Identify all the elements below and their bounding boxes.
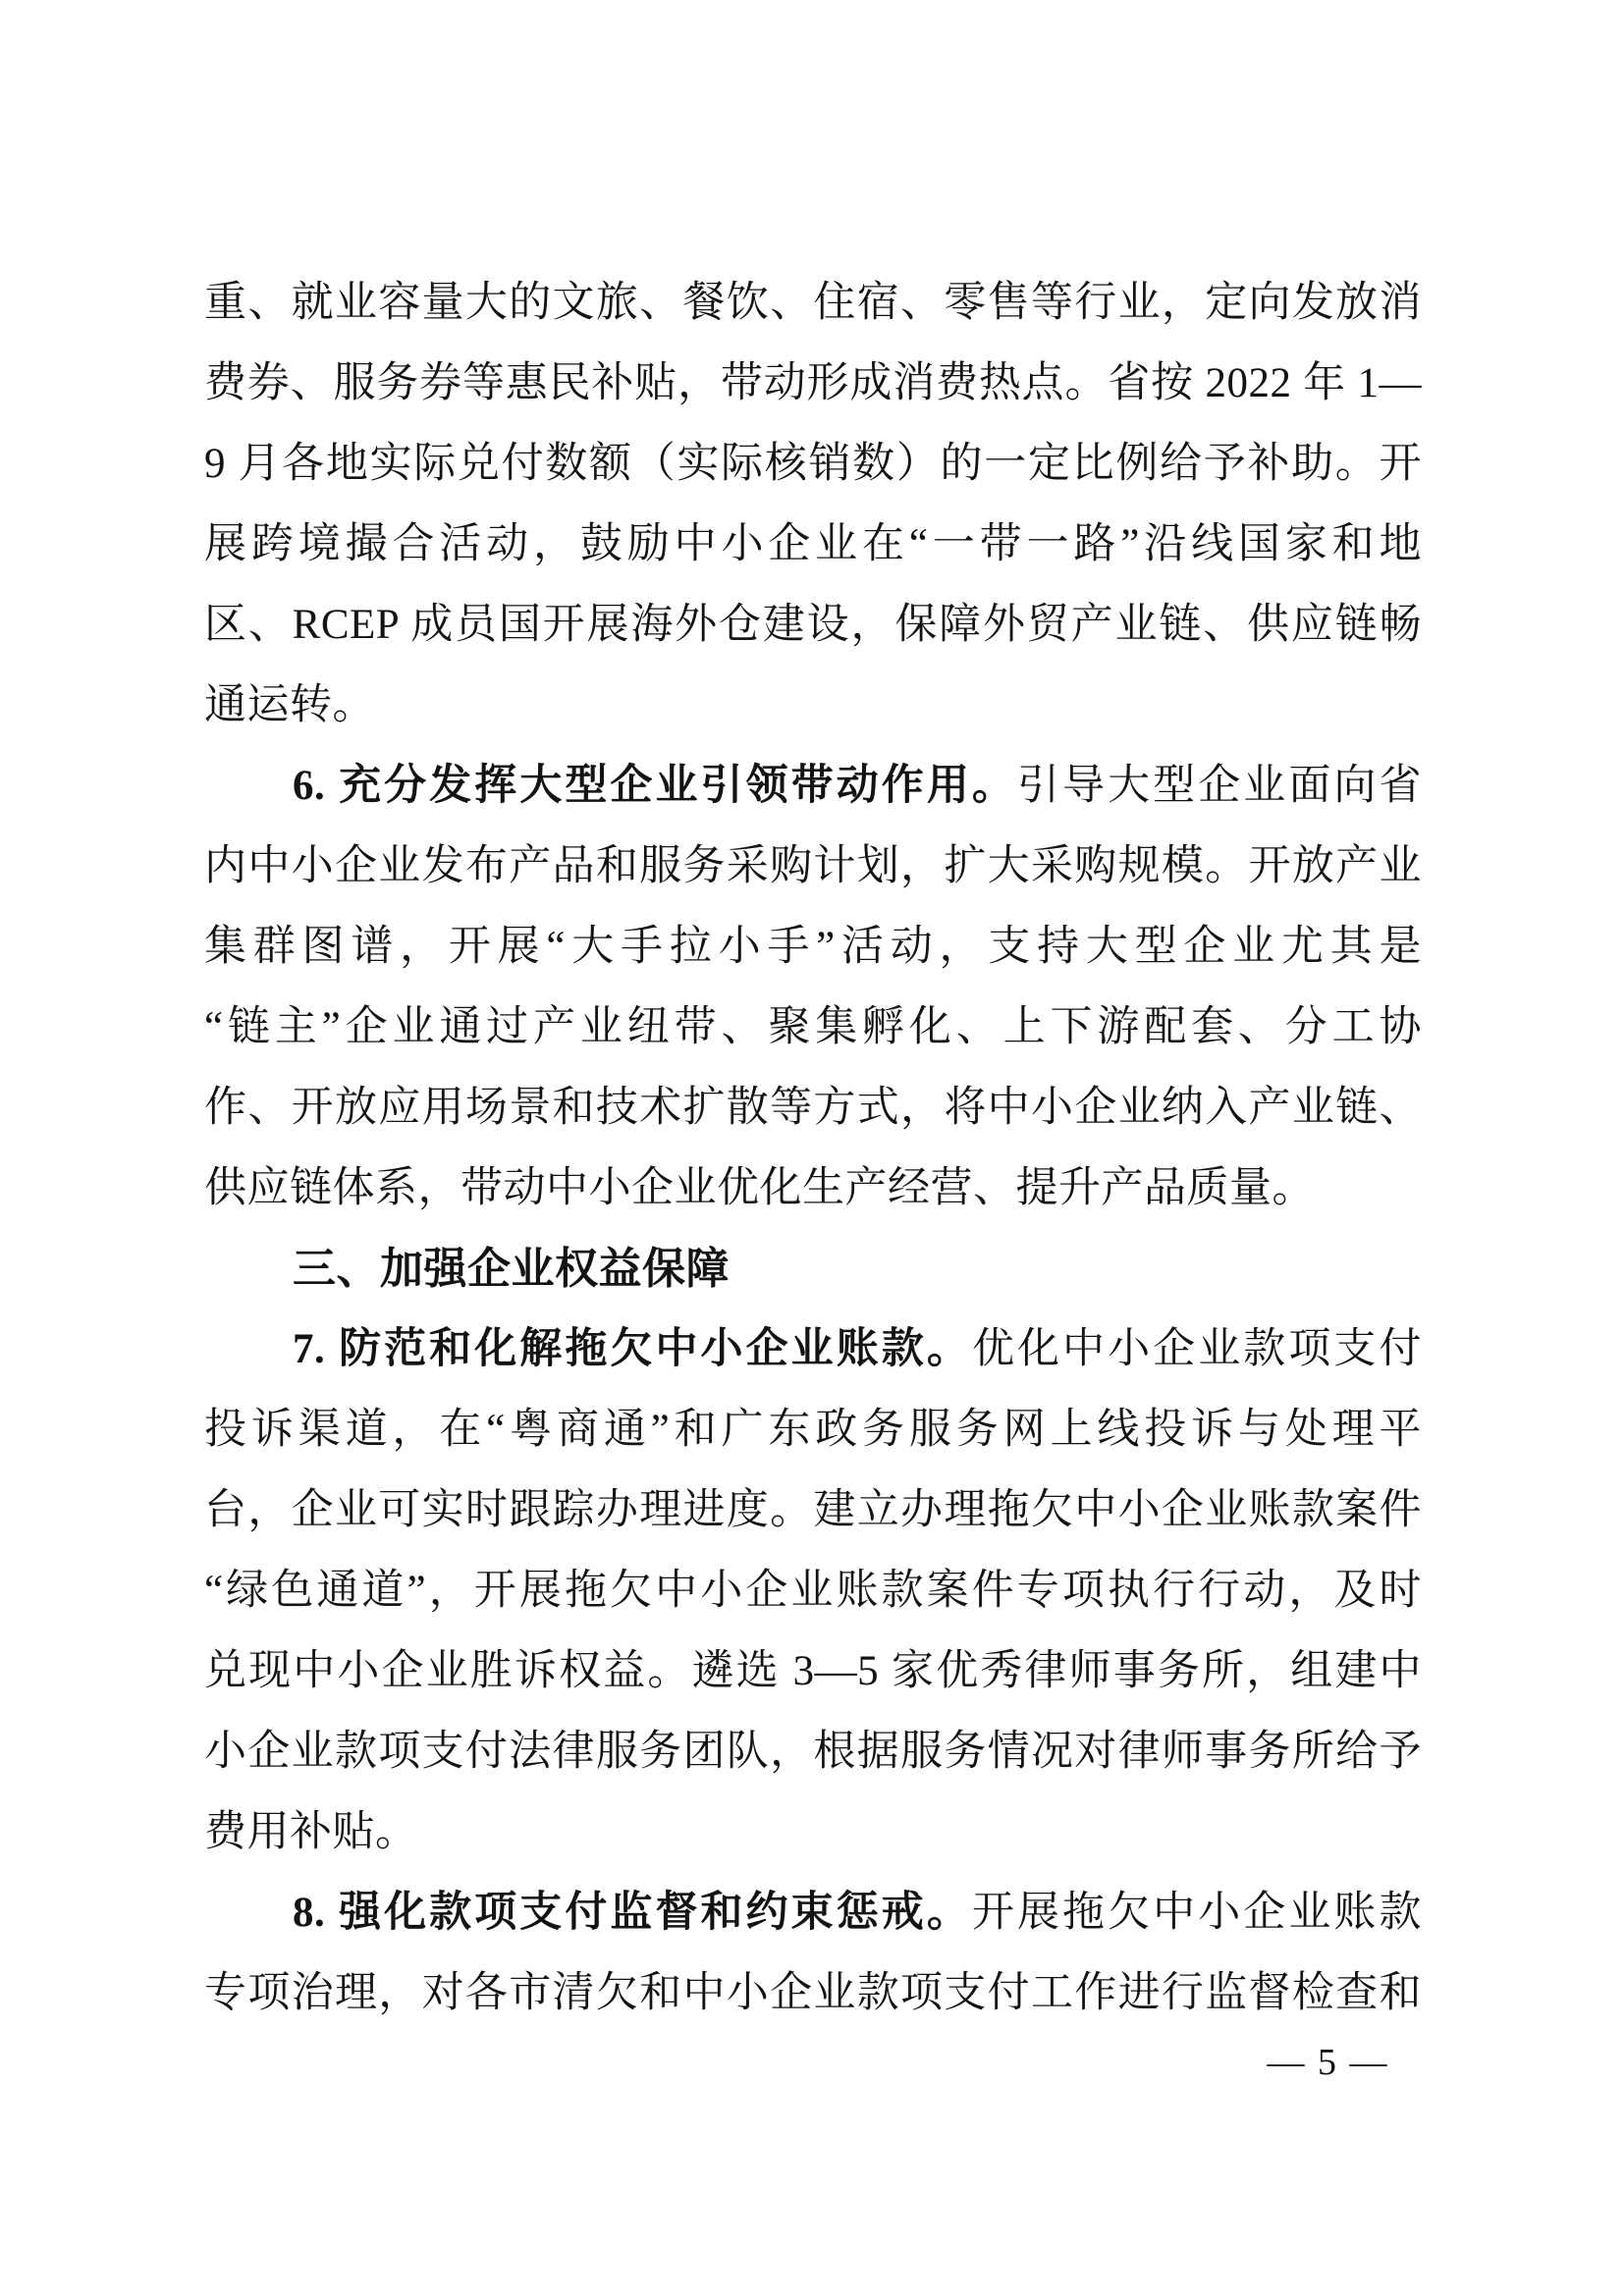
document-text-block: 重、就业容量大的文旅、餐饮、住宿、零售等行业，定向发放消费券、服务券等惠民补贴，…: [204, 263, 1422, 2034]
text-run: 作、开放应用场景和技术扩散等方式，将中小企业纳入产业链、: [204, 1085, 1422, 1131]
section-heading: 三、加强企业权益保障: [204, 1229, 1422, 1309]
text-line: 费券、服务券等惠民补贴，带动形成消费热点。省按 2022 年 1—: [204, 344, 1422, 424]
bold-text-run: 8. 强化款项支付监督和约束惩戒。: [293, 1890, 972, 1936]
text-line: 通运转。: [204, 666, 1422, 746]
text-line: “绿色通道”，开展拖欠中小企业账款案件专项执行行动，及时: [204, 1551, 1422, 1631]
text-line: 区、RCEP 成员国开展海外仓建设，保障外贸产业链、供应链畅: [204, 585, 1422, 666]
text-run: 开展拖欠中小企业账款: [972, 1890, 1422, 1936]
text-line: 6. 充分发挥大型企业引领带动作用。引导大型企业面向省: [204, 746, 1422, 827]
text-line: 专项治理，对各市清欠和中小企业款项支付工作进行监督检查和: [204, 1953, 1422, 2034]
text-line: 作、开放应用场景和技术扩散等方式，将中小企业纳入产业链、: [204, 1068, 1422, 1148]
text-run: 费券、服务券等惠民补贴，带动形成消费热点。省按 2022 年 1—: [204, 360, 1422, 406]
text-line: 8. 强化款项支付监督和约束惩戒。开展拖欠中小企业账款: [204, 1873, 1422, 1953]
text-line: 供应链体系，带动中小企业优化生产经营、提升产品质量。: [204, 1148, 1422, 1229]
text-run: 通运转。: [204, 682, 375, 728]
bold-text-run: 三、加强企业权益保障: [293, 1245, 730, 1293]
text-line: 集群图谱，开展“大手拉小手”活动，支持大型企业尤其是: [204, 907, 1422, 988]
text-run: 展跨境撮合活动，鼓励中小企业在“一带一路”沿线国家和地: [204, 521, 1422, 567]
text-line: 兑现中小企业胜诉权益。遴选 3—5 家优秀律师事务所，组建中: [204, 1631, 1422, 1712]
text-line: 7. 防范和化解拖欠中小企业账款。优化中小企业款项支付: [204, 1309, 1422, 1390]
text-line: 9 月各地实际兑付数额（实际核销数）的一定比例给予补助。开: [204, 424, 1422, 505]
text-run: 内中小企业发布产品和服务采购计划，扩大采购规模。开放产业: [204, 843, 1422, 889]
text-line: 投诉渠道，在“粤商通”和广东政务服务网上线投诉与处理平: [204, 1390, 1422, 1470]
text-run: 引导大型企业面向省: [1017, 763, 1422, 809]
text-run: 费用补贴。: [204, 1809, 418, 1855]
text-run: 台，企业可实时跟踪办理进度。建立办理拖欠中小企业账款案件: [204, 1487, 1422, 1533]
text-run: 投诉渠道，在“粤商通”和广东政务服务网上线投诉与处理平: [204, 1407, 1422, 1453]
bold-text-run: 6. 充分发挥大型企业引领带动作用。: [293, 763, 1017, 809]
text-line: 小企业款项支付法律服务团队，根据服务情况对律师事务所给予: [204, 1712, 1422, 1792]
text-run: 供应链体系，带动中小企业优化生产经营、提升产品质量。: [204, 1165, 1315, 1211]
text-run: 重、就业容量大的文旅、餐饮、住宿、零售等行业，定向发放消: [204, 280, 1422, 326]
text-line: “链主”企业通过产业纽带、聚集孵化、上下游配套、分工协: [204, 988, 1422, 1068]
bold-text-run: 7. 防范和化解拖欠中小企业账款。: [293, 1326, 972, 1372]
text-run: “绿色通道”，开展拖欠中小企业账款案件专项执行行动，及时: [204, 1568, 1422, 1614]
text-line: 重、就业容量大的文旅、餐饮、住宿、零售等行业，定向发放消: [204, 263, 1422, 344]
text-line: 费用补贴。: [204, 1792, 1422, 1873]
page-number: — 5 —: [1247, 2042, 1409, 2083]
text-run: 兑现中小企业胜诉权益。遴选 3—5 家优秀律师事务所，组建中: [204, 1648, 1422, 1694]
text-run: 专项治理，对各市清欠和中小企业款项支付工作进行监督检查和: [204, 1970, 1422, 2016]
text-run: 9 月各地实际兑付数额（实际核销数）的一定比例给予补助。开: [204, 441, 1422, 487]
text-line: 台，企业可实时跟踪办理进度。建立办理拖欠中小企业账款案件: [204, 1470, 1422, 1551]
document-page: 重、就业容量大的文旅、餐饮、住宿、零售等行业，定向发放消费券、服务券等惠民补贴，…: [0, 0, 1624, 2296]
text-line: 内中小企业发布产品和服务采购计划，扩大采购规模。开放产业: [204, 827, 1422, 907]
text-run: 区、RCEP 成员国开展海外仓建设，保障外贸产业链、供应链畅: [204, 602, 1422, 648]
text-run: 优化中小企业款项支付: [972, 1326, 1422, 1372]
text-run: “链主”企业通过产业纽带、聚集孵化、上下游配套、分工协: [204, 1004, 1422, 1050]
text-line: 展跨境撮合活动，鼓励中小企业在“一带一路”沿线国家和地: [204, 505, 1422, 585]
text-run: 小企业款项支付法律服务团队，根据服务情况对律师事务所给予: [204, 1729, 1422, 1775]
text-run: 集群图谱，开展“大手拉小手”活动，支持大型企业尤其是: [204, 924, 1422, 970]
